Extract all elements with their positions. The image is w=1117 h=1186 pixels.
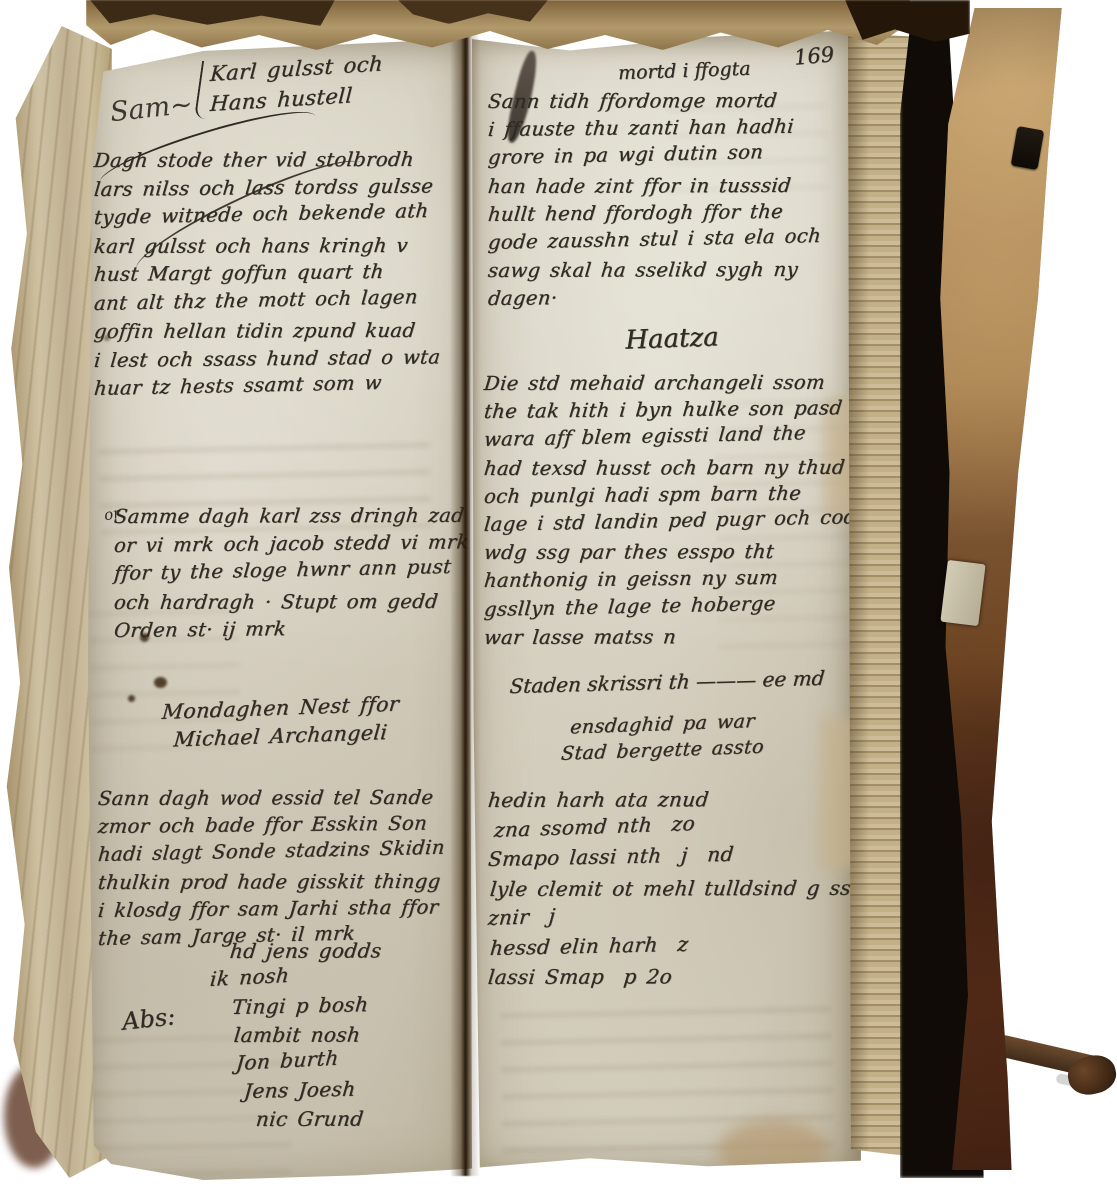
cover-remnant-top-right [845,0,970,42]
running-head: mortd i ffogta [618,58,751,85]
vellum-tab [940,560,985,626]
manuscript-line: och hardragh · Stupt om gedd [113,587,470,617]
manuscript-line: Sann tidh ffordomge mortd [487,87,822,116]
manuscript-line: ffor ty the sloge hwnr ann pust [113,553,471,589]
manuscript-line: hadi slagt Sonde stadzins Skidin [97,834,446,869]
manuscript-line: Samme dagh karl zss dringh zad [113,502,470,532]
manuscript-line: gode zausshn stul i sta ela och [487,222,822,257]
manuscript-line: Tingi p bosh [231,990,383,1021]
manuscript-line: huar tz hests ssamt som w [93,368,442,404]
left-page: Sam~ Karl gulsst ochHans hustell Dagh st… [88,35,472,1180]
manuscript-line: lassi Smap p 2o [487,962,866,993]
book-gutter [450,28,480,1176]
right-page: mortd i ffogta 169 Sann tidh ffordomge m… [472,30,864,1172]
left-section-heading: Mondaghen Nest fforMichael Archangeli [130,699,430,755]
manuscript-line: war lasse matss n [483,623,858,653]
manuscript-line: Dagh stode ther vid stolbrodh [93,146,442,176]
manuscript-line: grore in pa wgi dutin son [487,137,822,172]
manuscript-line: Sann dagh wod essid tel Sande [97,784,446,813]
left-paragraph-2: Samme dagh karl zss dringh zador vi mrk … [114,503,468,646]
manuscript-line: karl gulsst och hans kringh v [93,231,442,261]
entry-header: Karl gulsst ochHans hustell [210,59,382,119]
left-paragraph-1: Dagh stode ther vid stolbrodhlars nilss … [94,147,440,404]
manuscript-photo: Sam~ Karl gulsst ochHans hustell Dagh st… [0,0,1117,1186]
manuscript-line: thulkin prod hade gisskit thingg [97,868,446,897]
right-section-heading: Haatza [552,320,793,358]
total-line: Staden skrissri th ——— ee md [509,666,826,698]
corner-scribble: Sam~ [109,89,195,128]
manuscript-line: sawg skal ha sselikd sygh ny [487,256,822,285]
manuscript-line: goffin hellan tidin zpund kuad [93,317,442,347]
left-paragraph-3: Sann dagh wod essid tel Sandezmor och ba… [98,785,444,953]
right-paragraph-1: Sann tidh ffordomge mortdi ffauste thu z… [488,88,820,314]
manuscript-line: dagen· [487,282,822,314]
right-subheading: ensdaghid pa warStad bergette assto [527,716,797,768]
manuscript-line: han hade zint ffor in tusssid [487,171,822,200]
right-paragraph-2: Die std mehaid archangeli ssomthe tak hi… [484,370,856,652]
manuscript-line: Jens Joesh [243,1074,383,1105]
manuscript-line: wara aff blem egissti land the [483,419,858,455]
paper-stain [718,1120,828,1182]
ink-spot [154,677,167,688]
manuscript-line: had texsd husst och barn ny thud [483,453,858,483]
manuscript-line: Orden st· ij mrk [113,613,470,645]
witness-list: hd jens goddsik noshTingi p boshlambit n… [206,937,382,1133]
account-list: hedin harh ata znudzna ssomd nth zoSmapo… [488,786,864,993]
margin-note-abs: Abs: [121,1002,177,1035]
manuscript-line: tygde witnede och bekende ath [93,197,442,233]
folio-number: 169 [793,42,835,69]
manuscript-line: nic Grund [255,1105,383,1133]
